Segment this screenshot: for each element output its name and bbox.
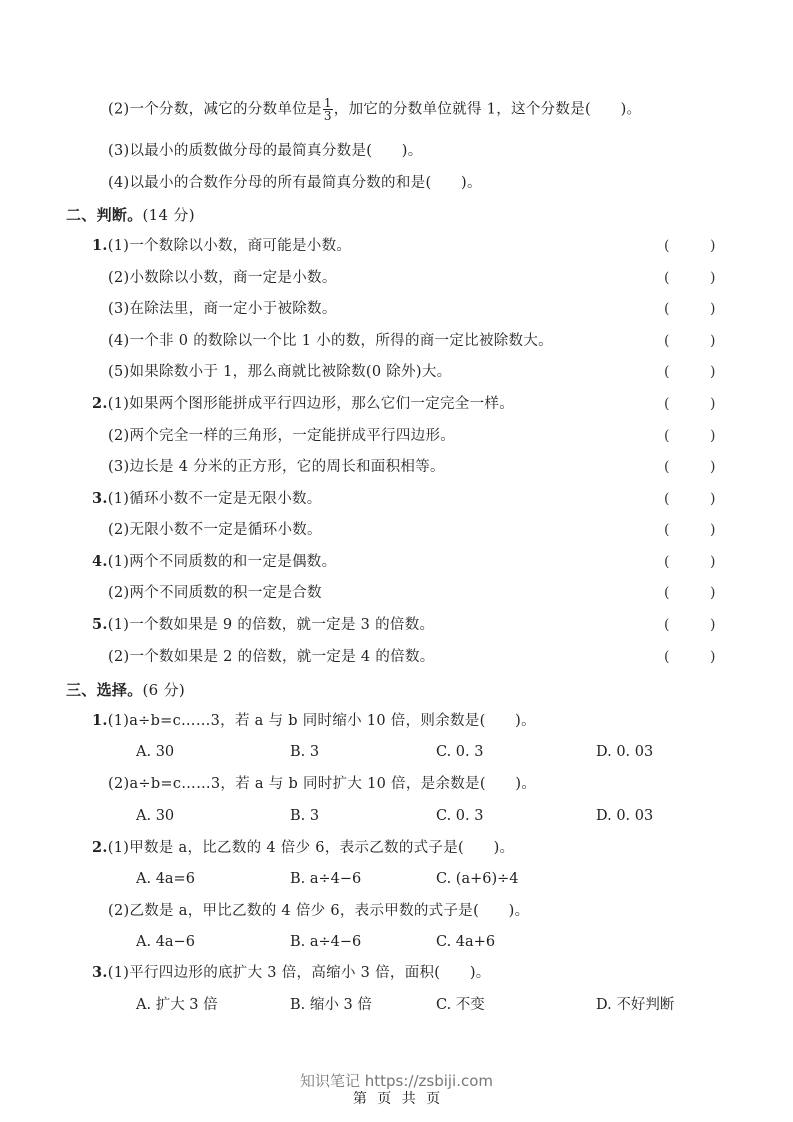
item-label: (1) (108, 238, 129, 254)
choice-option-d[interactable]: D. 0. 03 (596, 742, 653, 762)
question-text: 乙数是 a，甲比乙数的 4 倍少 6，表示甲数的式子是( )。 (129, 903, 529, 919)
item-label: (4) (108, 333, 129, 349)
item-text: 无限小数不一定是循环小数。 (129, 522, 321, 538)
question-number: 1. (92, 712, 108, 729)
paren-left: ( (664, 331, 669, 351)
question-number: 2. (92, 395, 108, 412)
paren-right: ) (710, 489, 715, 509)
section-title-judge: 二、判断。(14 分) (66, 205, 195, 225)
item-label: (1) (108, 554, 129, 570)
paren-right: ) (710, 299, 715, 319)
section-title-choice: 三、选择。(6 分) (66, 680, 185, 700)
paren-right: ) (710, 615, 715, 635)
paren-right: ) (710, 394, 715, 414)
item-label: (2) (108, 649, 129, 665)
item-text: 两个不同质数的和一定是偶数。 (129, 554, 336, 570)
paren-right: ) (710, 552, 715, 572)
item-text: 循环小数不一定是无限小数。 (129, 491, 321, 507)
judge-item: (3)边长是 4 分米的正方形，它的周长和面积相等。 (108, 457, 445, 477)
judge-item: 3.(1)循环小数不一定是无限小数。 (92, 489, 322, 509)
section-score: (6 分) (143, 681, 186, 699)
question-number: 3. (92, 490, 108, 507)
choice-option-c[interactable]: C. (a+6)÷4 (436, 869, 519, 889)
paren-left: ( (664, 489, 669, 509)
fraction-denominator: 3 (323, 110, 333, 122)
item-label: (2) (108, 270, 129, 286)
item-label: (1) (108, 491, 129, 507)
choice-option-c[interactable]: C. 0. 3 (436, 742, 483, 762)
question-text: a÷b=c……3，若 a 与 b 同时扩大 10 倍，是余数是( )。 (129, 776, 536, 792)
judge-item: 1.(1)一个数除以小数，商可能是小数。 (92, 236, 351, 256)
choice-option-c[interactable]: C. 0. 3 (436, 806, 483, 826)
paren-right: ) (710, 520, 715, 540)
item-text: 一个非 0 的数除以一个比 1 小的数，所得的商一定比被除数大。 (129, 333, 553, 349)
item-label: (3) (108, 459, 129, 475)
paren-left: ( (664, 552, 669, 572)
judge-item: 4.(1)两个不同质数的和一定是偶数。 (92, 552, 336, 572)
choice-option-c[interactable]: C. 不变 (436, 995, 485, 1015)
paren-left: ( (664, 394, 669, 414)
paren-right: ) (710, 457, 715, 477)
fill-blank-item-3: (3)以最小的质数做分母的最简真分数是( )。 (108, 141, 423, 161)
choice-option-c[interactable]: C. 4a+6 (436, 932, 495, 952)
paren-right: ) (710, 426, 715, 446)
item-text: 以最小的合数作分母的所有最简真分数的和是( )。 (129, 175, 481, 191)
item-label: (3) (108, 301, 129, 317)
item-label: (4) (108, 175, 129, 191)
question-text: 甲数是 a，比乙数的 4 倍少 6，表示乙数的式子是( )。 (129, 840, 514, 856)
item-text: 如果除数小于 1，那么商就比被除数(0 除外)大。 (129, 364, 451, 380)
choice-option-d[interactable]: D. 不好判断 (596, 995, 674, 1015)
paren-left: ( (664, 236, 669, 256)
judge-item: (2)两个完全一样的三角形，一定能拼成平行四边形。 (108, 426, 455, 446)
fraction-one-third: 13 (323, 97, 333, 122)
question-number: 1. (92, 237, 108, 254)
item-text: 一个数如果是 2 的倍数，就一定是 4 的倍数。 (129, 649, 434, 665)
item-text-after: ，加它的分数单位就得 1，这个分数是( )。 (334, 102, 642, 118)
paren-left: ( (664, 426, 669, 446)
item-text: 边长是 4 分米的正方形，它的周长和面积相等。 (129, 459, 444, 475)
judge-item: (2)无限小数不一定是循环小数。 (108, 520, 322, 540)
paren-left: ( (664, 583, 669, 603)
item-text-before: 一个分数，减它的分数单位是 (129, 102, 321, 118)
paren-right: ) (710, 583, 715, 603)
question-number: 5. (92, 616, 108, 633)
section-score: (14 分) (143, 206, 195, 224)
choice-option-a[interactable]: A. 30 (136, 742, 174, 762)
item-label: (1) (108, 840, 129, 856)
paren-left: ( (664, 457, 669, 477)
judge-item: (2)两个不同质数的积一定是合数 (108, 583, 322, 603)
section-title-text: 二、判断。 (66, 206, 143, 224)
judge-item: (2)小数除以小数，商一定是小数。 (108, 268, 337, 288)
choice-question: (2)a÷b=c……3，若 a 与 b 同时扩大 10 倍，是余数是( )。 (108, 774, 536, 794)
item-label: (1) (108, 713, 129, 729)
paren-right: ) (710, 362, 715, 382)
fill-blank-item-4: (4)以最小的合数作分母的所有最简真分数的和是( )。 (108, 173, 482, 193)
question-number: 2. (92, 839, 108, 856)
item-text: 一个数除以小数，商可能是小数。 (129, 238, 351, 254)
item-label: (2) (108, 585, 129, 601)
choice-option-b[interactable]: B. 缩小 3 倍 (290, 995, 372, 1015)
paren-right: ) (710, 268, 715, 288)
item-label: (2) (108, 776, 129, 792)
judge-item: (3)在除法里，商一定小于被除数。 (108, 299, 337, 319)
item-label: (2) (108, 903, 129, 919)
choice-option-b[interactable]: B. 3 (290, 742, 319, 762)
exam-page: (2)一个分数，减它的分数单位是13，加它的分数单位就得 1，这个分数是( )。… (0, 0, 793, 1122)
choice-question: 3.(1)平行四边形的底扩大 3 倍，高缩小 3 倍，面积( )。 (92, 963, 491, 983)
question-text: 平行四边形的底扩大 3 倍，高缩小 3 倍，面积( )。 (129, 965, 490, 981)
judge-item: (2)一个数如果是 2 的倍数，就一定是 4 的倍数。 (108, 647, 435, 667)
choice-option-a[interactable]: A. 扩大 3 倍 (136, 995, 218, 1015)
section-title-text: 三、选择。 (66, 681, 143, 699)
choice-question: 1.(1)a÷b=c……3，若 a 与 b 同时缩小 10 倍，则余数是( )。 (92, 711, 536, 731)
item-text: 以最小的质数做分母的最简真分数是( )。 (129, 143, 422, 159)
choice-question: 2.(1)甲数是 a，比乙数的 4 倍少 6，表示乙数的式子是( )。 (92, 838, 514, 858)
judge-item: 2.(1)如果两个图形能拼成平行四边形，那么它们一定完全一样。 (92, 394, 514, 414)
paren-right: ) (710, 236, 715, 256)
item-text: 小数除以小数，商一定是小数。 (129, 270, 336, 286)
paren-left: ( (664, 268, 669, 288)
judge-item: (4)一个非 0 的数除以一个比 1 小的数，所得的商一定比被除数大。 (108, 331, 553, 351)
question-number: 3. (92, 964, 108, 981)
item-text: 一个数如果是 9 的倍数，就一定是 3 的倍数。 (129, 617, 434, 633)
choice-option-b[interactable]: B. a÷4−6 (290, 869, 361, 889)
choice-option-b[interactable]: B. a÷4−6 (290, 932, 361, 952)
choice-question: (2)乙数是 a，甲比乙数的 4 倍少 6，表示甲数的式子是( )。 (108, 901, 529, 921)
item-label: (1) (108, 396, 129, 412)
item-label: (2) (108, 428, 129, 444)
item-label: (1) (108, 617, 129, 633)
item-label: (2) (108, 102, 129, 118)
choice-option-b[interactable]: B. 3 (290, 806, 319, 826)
item-label: (1) (108, 965, 129, 981)
choice-option-d[interactable]: D. 0. 03 (596, 806, 653, 826)
paren-right: ) (710, 331, 715, 351)
choice-option-a[interactable]: A. 4a−6 (136, 932, 195, 952)
fill-blank-item-2: (2)一个分数，减它的分数单位是13，加它的分数单位就得 1，这个分数是( )。 (108, 97, 641, 122)
item-text: 两个完全一样的三角形，一定能拼成平行四边形。 (129, 428, 455, 444)
item-label: (5) (108, 364, 129, 380)
paren-left: ( (664, 615, 669, 635)
question-text: a÷b=c……3，若 a 与 b 同时缩小 10 倍，则余数是( )。 (129, 713, 536, 729)
page-number: 第 页 共 页 (0, 1088, 793, 1108)
item-label: (2) (108, 522, 129, 538)
paren-left: ( (664, 520, 669, 540)
paren-right: ) (710, 647, 715, 667)
choice-option-a[interactable]: A. 4a=6 (136, 869, 195, 889)
item-text: 如果两个图形能拼成平行四边形，那么它们一定完全一样。 (129, 396, 514, 412)
judge-item: (5)如果除数小于 1，那么商就比被除数(0 除外)大。 (108, 362, 451, 382)
choice-option-a[interactable]: A. 30 (136, 806, 174, 826)
judge-item: 5.(1)一个数如果是 9 的倍数，就一定是 3 的倍数。 (92, 615, 434, 635)
paren-left: ( (664, 362, 669, 382)
item-text: 在除法里，商一定小于被除数。 (129, 301, 336, 317)
paren-left: ( (664, 299, 669, 319)
item-text: 两个不同质数的积一定是合数 (129, 585, 321, 601)
item-label: (3) (108, 143, 129, 159)
question-number: 4. (92, 553, 108, 570)
paren-left: ( (664, 647, 669, 667)
